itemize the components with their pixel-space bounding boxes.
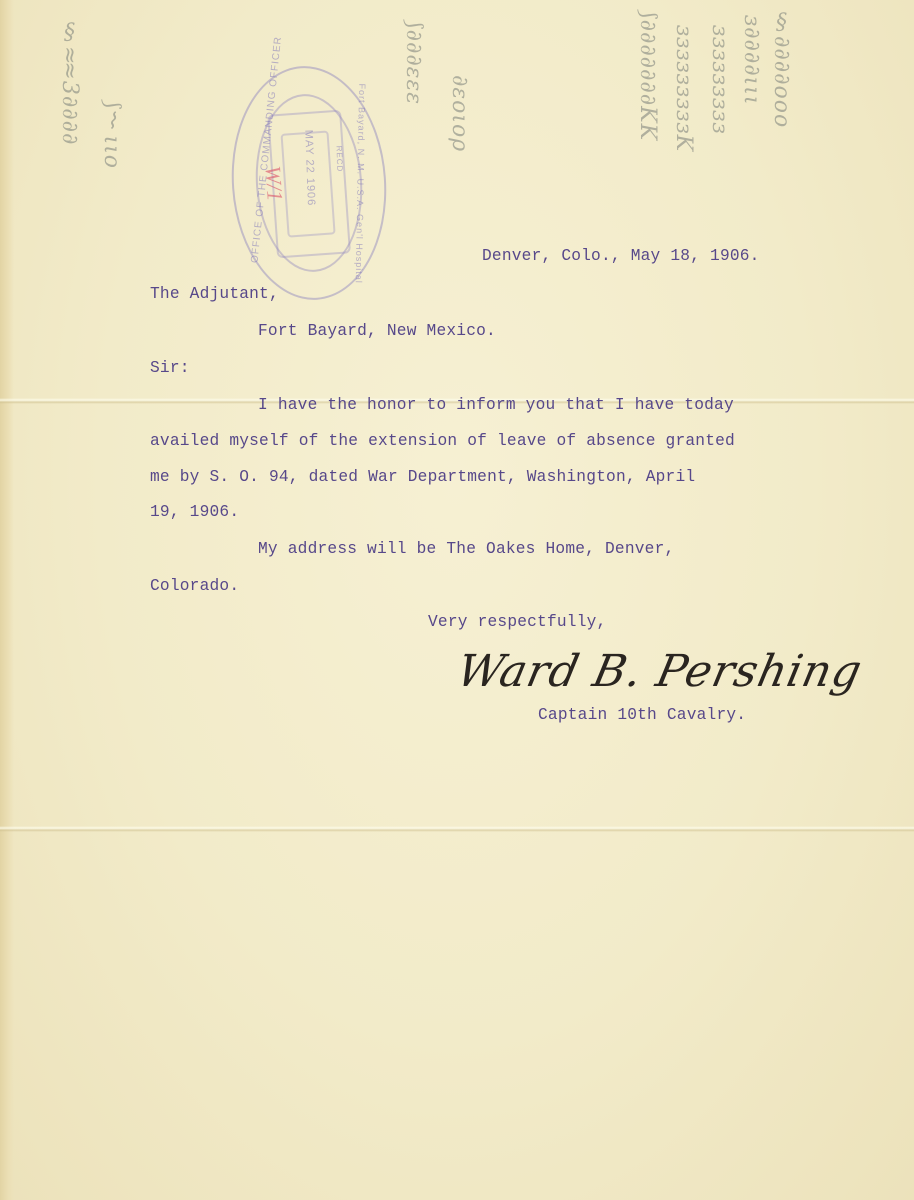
pencil-note-right-5: § ∂ ∂ ∂ ∂ ο ο ο bbox=[770, 10, 792, 290]
pencil-note-right-2: ɜ ɜ ɜ ɜ ɜ ɜ ɜ ɜ ɜ K bbox=[672, 25, 694, 345]
salutation: Sir: bbox=[150, 359, 190, 377]
stamp-recd: RECD bbox=[334, 146, 344, 173]
stamp-red-mark: W/1 bbox=[259, 165, 287, 202]
body-line-3: me by S. O. 94, dated War Department, Wa… bbox=[150, 468, 695, 486]
pencil-note-right-1: ⟆ ∂ ∂ ∂ ∂ ∂ ∂ ∂ K K bbox=[636, 10, 658, 370]
body-line-2: availed myself of the extension of leave… bbox=[150, 432, 735, 450]
recipient-line-2: Fort Bayard, New Mexico. bbox=[258, 322, 496, 340]
pencil-note-right-3: ɜ ɜ ɜ ɜ ɜ ɜ ɜ ɜ ɜ bbox=[708, 25, 730, 355]
signer-title: Captain 10th Cavalry. bbox=[538, 706, 746, 724]
recipient-line-1: The Adjutant, bbox=[150, 285, 279, 303]
closing: Very respectfully, bbox=[428, 613, 606, 631]
address-line-1: My address will be The Oakes Home, Denve… bbox=[258, 540, 674, 558]
pencil-note-right-4: ɜ ∂ ∂ ∂ ∂ ι ι ι bbox=[740, 15, 762, 315]
address-line-2: Colorado. bbox=[150, 577, 239, 595]
pencil-note-center-2: ∂ ε ο ι ο ρ bbox=[448, 75, 470, 305]
stamp-outer-text-2: Fort Bayard, N. M. U.S.A. Gen'l Hospital bbox=[354, 84, 367, 284]
pencil-note-center: ⟆ ∂ ∂ ∂ ε ε ε bbox=[402, 20, 424, 300]
paper-edge bbox=[0, 0, 14, 1200]
fold-crease-lower bbox=[0, 826, 914, 832]
pencil-note-left: § ≈≈ 3 ∂ ∂ ∂ ∂ bbox=[58, 20, 80, 320]
body-line-1: I have the honor to inform you that I ha… bbox=[258, 396, 734, 414]
dateline: Denver, Colo., May 18, 1906. bbox=[482, 247, 760, 265]
signature: Ward B. Pershing bbox=[453, 646, 867, 697]
body-line-4: 19, 1906. bbox=[150, 503, 239, 521]
pencil-note-left-2: ⟆ ⌇ ι ι ο bbox=[100, 100, 122, 300]
